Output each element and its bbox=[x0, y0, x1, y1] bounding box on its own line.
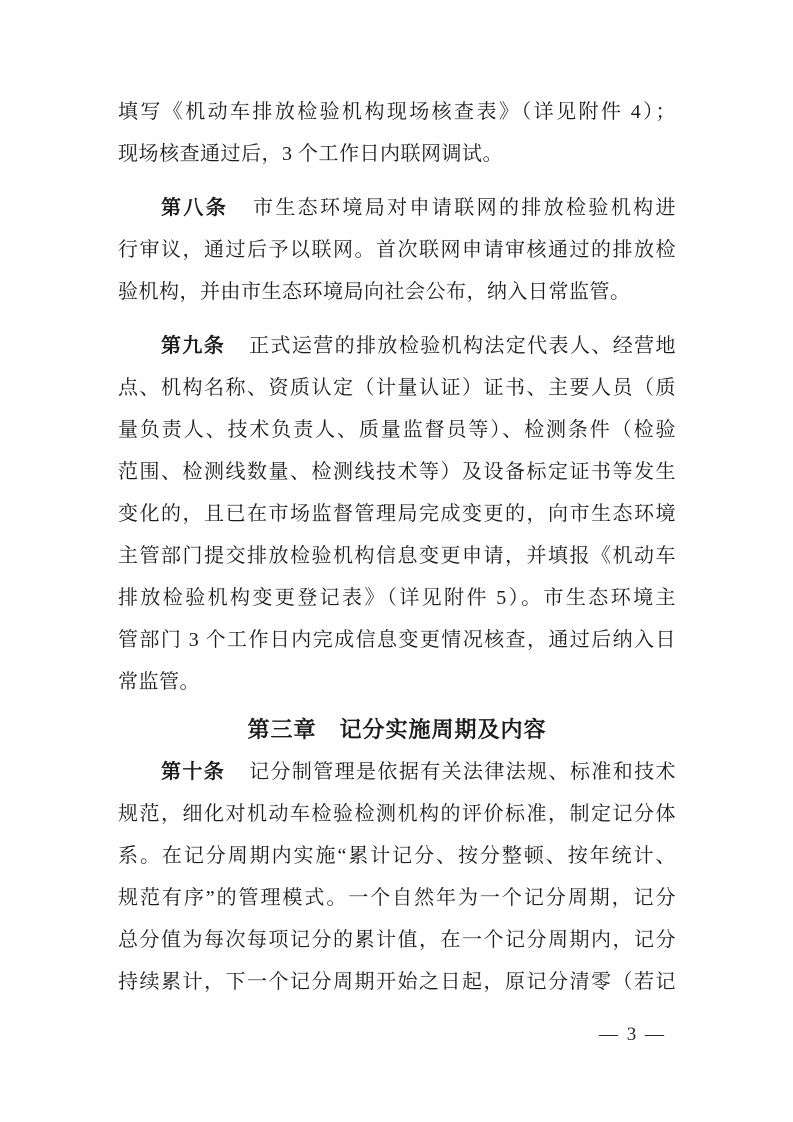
text-line: 常监管。 bbox=[118, 661, 676, 703]
text-line: 规范，细化对机动车检验检测机构的评价标准，制定记分体 bbox=[118, 793, 676, 835]
text-line: 规范有序”的管理模式。一个自然年为一个记分周期，记分 bbox=[118, 877, 676, 919]
article-9-first-line-text: 正式运营的排放检验机构法定代表人、经营地 bbox=[248, 335, 676, 357]
text-line: 量负责人、技术负责人、质量监督员等）、检测条件（检验 bbox=[118, 409, 676, 451]
document-page: 填写《机动车排放检验机构现场核查表》（详见附件 4）； 现场核查通过后，3 个工… bbox=[0, 0, 793, 1122]
text-line: 点、机构名称、资质认定（计量认证）证书、主要人员（质 bbox=[118, 367, 676, 409]
text-line: 现场核查通过后，3 个工作日内联网调试。 bbox=[118, 133, 676, 175]
article-10-label: 第十条 bbox=[161, 761, 225, 783]
chapter-3-heading: 第三章 记分实施周期及内容 bbox=[118, 709, 676, 751]
page-number: — 3 — bbox=[118, 1020, 666, 1050]
article-10-paragraph: 第十条记分制管理是依据有关法律法规、标准和技术 规范，细化对机动车检验检测机构的… bbox=[118, 751, 676, 1003]
article-8-first-line-text: 市生态环境局对申请联网的排放检验机构进 bbox=[251, 197, 676, 219]
article-8-label: 第八条 bbox=[161, 197, 228, 219]
text-line: 系。在记分周期内实施“累计记分、按分整顿、按年统计、 bbox=[118, 835, 676, 877]
paragraph-continuation: 填写《机动车排放检验机构现场核查表》（详见附件 4）； 现场核查通过后，3 个工… bbox=[118, 91, 676, 175]
text-line: 排放检验机构变更登记表》（详见附件 5）。市生态环境主 bbox=[118, 577, 676, 619]
text-line: 变化的，且已在市场监督管理局完成变更的，向市生态环境 bbox=[118, 493, 676, 535]
text-line: 行审议，通过后予以联网。首次联网申请审核通过的排放检 bbox=[118, 229, 676, 271]
article-8-paragraph: 第八条市生态环境局对申请联网的排放检验机构进 行审议，通过后予以联网。首次联网申… bbox=[118, 187, 676, 313]
text-line: 管部门 3 个工作日内完成信息变更情况核查，通过后纳入日 bbox=[118, 619, 676, 661]
article-9-paragraph: 第九条正式运营的排放检验机构法定代表人、经营地 点、机构名称、资质认定（计量认证… bbox=[118, 325, 676, 703]
article-10-first-line-text: 记分制管理是依据有关法律法规、标准和技术 bbox=[248, 761, 676, 783]
document-text-block: 填写《机动车排放检验机构现场核查表》（详见附件 4）； 现场核查通过后，3 个工… bbox=[118, 91, 676, 1003]
text-line: 持续累计，下一个记分周期开始之日起，原记分清零（若记 bbox=[118, 961, 676, 1003]
text-line: 验机构，并由市生态环境局向社会公布，纳入日常监管。 bbox=[118, 271, 676, 313]
text-line: 第八条市生态环境局对申请联网的排放检验机构进 bbox=[118, 187, 676, 229]
text-line: 第九条正式运营的排放检验机构法定代表人、经营地 bbox=[118, 325, 676, 367]
text-line: 范围、检测线数量、检测线技术等）及设备标定证书等发生 bbox=[118, 451, 676, 493]
text-line: 总分值为每次每项记分的累计值，在一个记分周期内，记分 bbox=[118, 919, 676, 961]
text-line: 填写《机动车排放检验机构现场核查表》（详见附件 4）； bbox=[118, 91, 676, 133]
text-line: 第十条记分制管理是依据有关法律法规、标准和技术 bbox=[118, 751, 676, 793]
text-line: 主管部门提交排放检验机构信息变更申请，并填报《机动车 bbox=[118, 535, 676, 577]
article-9-label: 第九条 bbox=[161, 335, 225, 357]
